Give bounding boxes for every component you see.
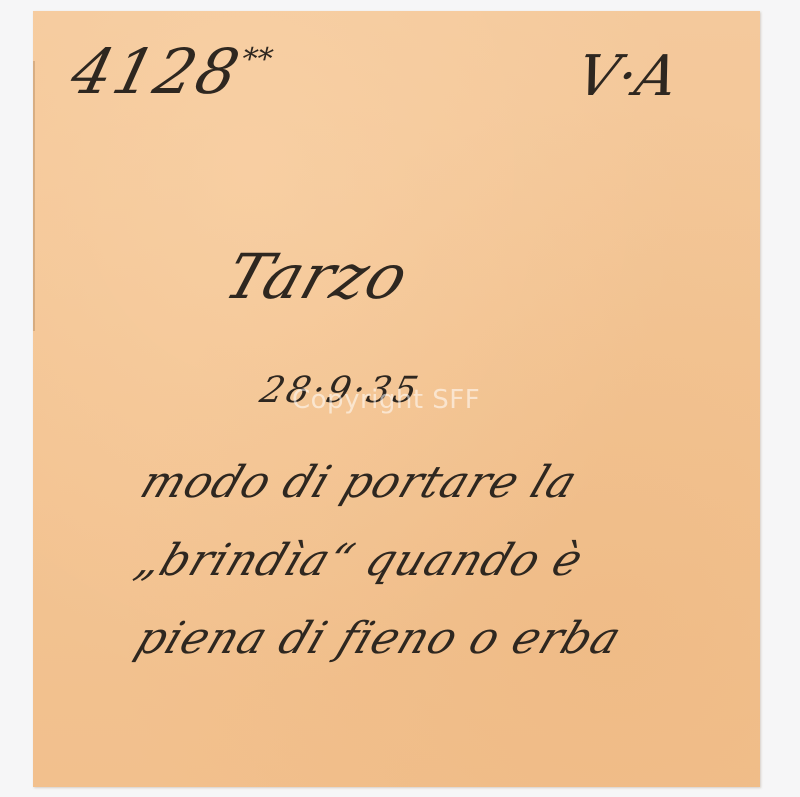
- catalog-number: 4128**: [65, 41, 276, 103]
- place-name: Tarzo: [218, 246, 416, 308]
- record-date: 28·9·35: [257, 373, 424, 409]
- catalog-number-value: 4128: [64, 35, 248, 108]
- description-line: „brindìa“ quando è: [130, 539, 589, 583]
- archival-card: 4128** V·A Tarzo 28·9·35 modo di portare…: [33, 11, 760, 787]
- description-line: modo di portare la: [135, 461, 583, 505]
- description-line: piena di fieno o erba: [130, 617, 627, 661]
- archive-code: V·A: [572, 49, 683, 105]
